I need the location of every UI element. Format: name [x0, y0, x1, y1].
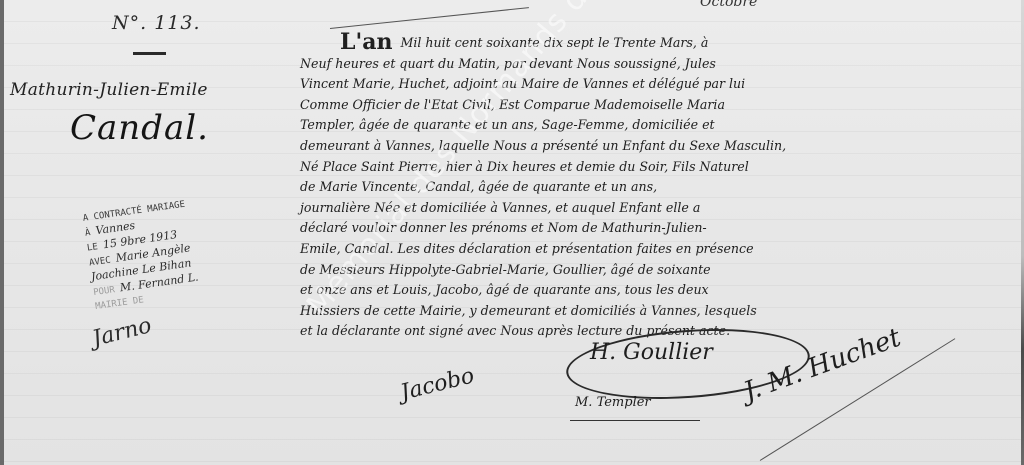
opening-word: L'an: [340, 29, 392, 55]
margin-given-names: Mathurin-Julien-Emile: [10, 80, 208, 100]
body-line-4: Comme Officier de l'Etat Civil, Est Comp…: [300, 95, 1000, 116]
body-line-13: et onze ans et Louis, Jacobo, âgé de qua…: [300, 280, 1000, 301]
signature-goullier: H. Goullier: [590, 340, 713, 365]
margin-surname: Candal.: [70, 108, 209, 148]
signature-jacobo: Jacobo: [398, 363, 477, 405]
body-line-9: journalière Née et domiciliée à Vannes, …: [300, 198, 1000, 219]
page-left-edge: [0, 0, 4, 465]
body-line-1: L'anMil huit cent soixante dix sept le T…: [300, 30, 1000, 54]
body-line-6: demeurant à Vannes, laquelle Nous a prés…: [300, 136, 1000, 157]
marriage-annotation-stamp: A CONTRACTÉ MARIAGE À Vannes LE 15 9bre …: [82, 191, 246, 321]
record-body: L'anMil huit cent soixante dix sept le T…: [300, 30, 1000, 342]
body-line-11: Emile, Candal. Les dites déclaration et …: [300, 239, 1000, 260]
signature-underline: [570, 420, 700, 421]
body-line-7: Né Place Saint Pierre, hier à Dix heures…: [300, 157, 1000, 178]
record-number: N°. 113.: [112, 12, 201, 34]
signature-templer: M. Templer: [575, 395, 651, 410]
pen-stroke-top: [330, 7, 529, 29]
body-line-5: Templer, âgée de quarante et un ans, Sag…: [300, 115, 1000, 136]
body-line-2: Neuf heures et quart du Matin, par devan…: [300, 54, 1000, 75]
body-line-8: de Marie Vincente, Candal, âgée de quara…: [300, 177, 1000, 198]
scanned-record-page: Octobre N°. 113. Mathurin-Julien-Emile C…: [0, 0, 1024, 465]
body-line-10: déclaré vouloir donner les prénoms et No…: [300, 218, 1000, 239]
body-line-14: Huissiers de cette Mairie, y demeurant e…: [300, 301, 1000, 322]
margin-divider: [133, 52, 166, 55]
top-cut-text: Octobre: [700, 0, 757, 10]
body-line-12: de Messieurs Hippolyte-Gabriel-Marie, Go…: [300, 260, 1000, 281]
body-line-3: Vincent Marie, Huchet, adjoint au Maire …: [300, 74, 1000, 95]
